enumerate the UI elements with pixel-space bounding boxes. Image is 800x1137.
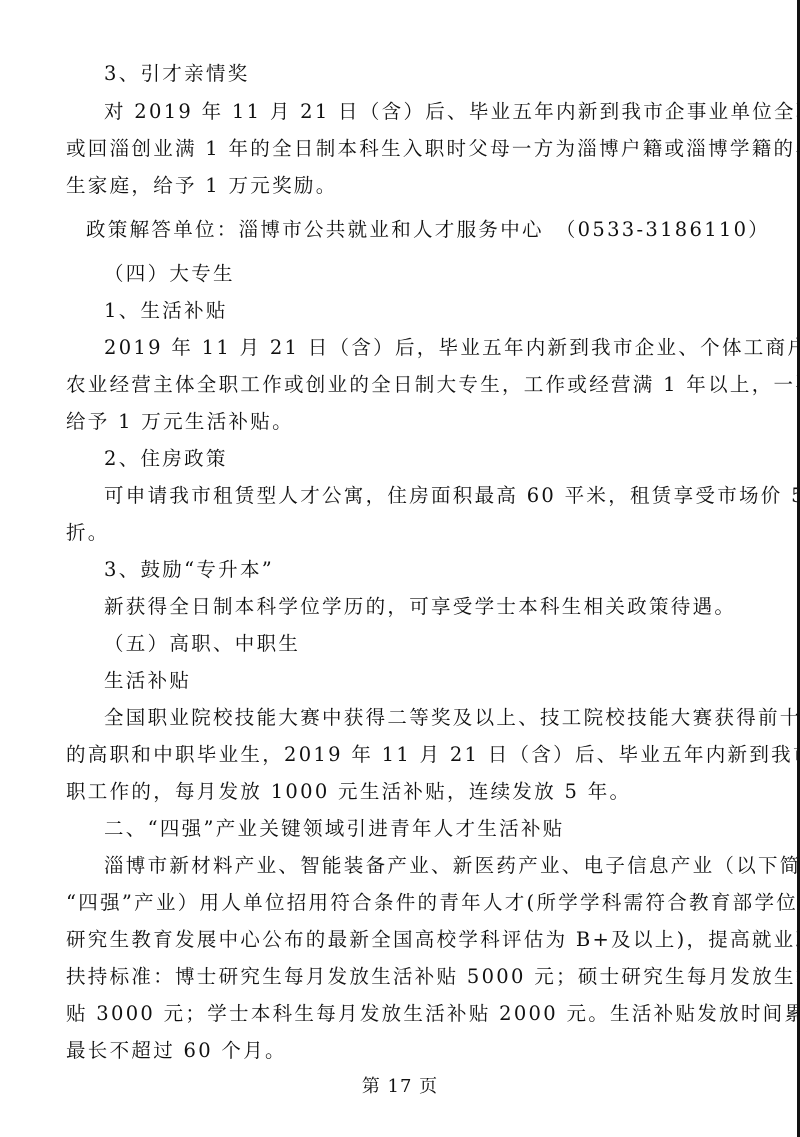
paragraph-line: 全国职业院校技能大赛中获得二等奖及以上、技工院校技能大赛获得前十名 [104, 706, 800, 730]
paragraph-line: 扶持标准：博士研究生每月发放生活补贴 5000 元；硕士研究生每月发放生活补 [66, 965, 800, 989]
page-number: 第 17 页 [0, 1072, 800, 1098]
subheading-living-subsidy: 1、生活补贴 [104, 299, 228, 323]
paragraph-line: 研究生教育发展中心公布的最新全国高校学科评估为 B+及以上)，提高就业政策 [66, 928, 800, 952]
paragraph-line: 可申请我市租赁型人才公寓，住房面积最高 60 平米，租赁享受市场价 5-8 [104, 484, 800, 508]
paragraph-line: 淄博市新材料产业、智能装备产业、新医药产业、电子信息产业（以下简称 [104, 854, 800, 878]
paragraph-line: 农业经营主体全职工作或创业的全日制大专生，工作或经营满 1 年以上，一次性 [66, 373, 800, 397]
paragraph-line: 最长不超过 60 个月。 [66, 1039, 287, 1063]
paragraph-line: 或回淄创业满 1 年的全日制本科生入职时父母一方为淄博户籍或淄博学籍的毕业 [66, 137, 800, 161]
paragraph-line: 贴 3000 元；学士本科生每月发放生活补贴 2000 元。生活补贴发放时间累计… [66, 1002, 800, 1026]
document-page: 3、引才亲情奖 对 2019 年 11 月 21 日（含）后、毕业五年内新到我市… [0, 0, 800, 1137]
subheading-upgrade-degree: 3、鼓励“专升本” [104, 558, 274, 582]
paragraph-line: 对 2019 年 11 月 21 日（含）后、毕业五年内新到我市企事业单位全职工… [104, 100, 800, 124]
paragraph-line: 生家庭，给予 1 万元奖励。 [66, 174, 338, 198]
section-heading-vocational: （五）高职、中职生 [104, 632, 300, 656]
policy-contact-line: 政策解答单位：淄博市公共就业和人才服务中心 （0533-3186110） [86, 218, 770, 242]
paragraph-line: 的高职和中职毕业生，2019 年 11 月 21 日（含）后、毕业五年内新到我市… [66, 743, 800, 767]
section-heading-four-strong-industries: 二、“四强”产业关键领域引进青年人才生活补贴 [104, 817, 565, 841]
paragraph-line: “四强”产业）用人单位招用符合条件的青年人才(所学学科需符合教育部学位与 [66, 891, 800, 915]
paragraph-line: 给予 1 万元生活补贴。 [66, 410, 294, 434]
paragraph-line: 新获得全日制本科学位学历的，可享受学士本科生相关政策待遇。 [104, 595, 736, 619]
section-heading-talent-family-award: 3、引才亲情奖 [104, 62, 250, 86]
paragraph-line: 2019 年 11 月 21 日（含）后，毕业五年内新到我市企业、个体工商户、新… [104, 336, 800, 360]
paragraph-line: 折。 [66, 521, 110, 545]
subheading-living-subsidy: 生活补贴 [104, 669, 191, 693]
paragraph-line: 职工作的，每月发放 1000 元生活补贴，连续发放 5 年。 [66, 780, 631, 804]
section-heading-college-graduates: （四）大专生 [104, 262, 235, 286]
subheading-housing-policy: 2、住房政策 [104, 447, 228, 471]
